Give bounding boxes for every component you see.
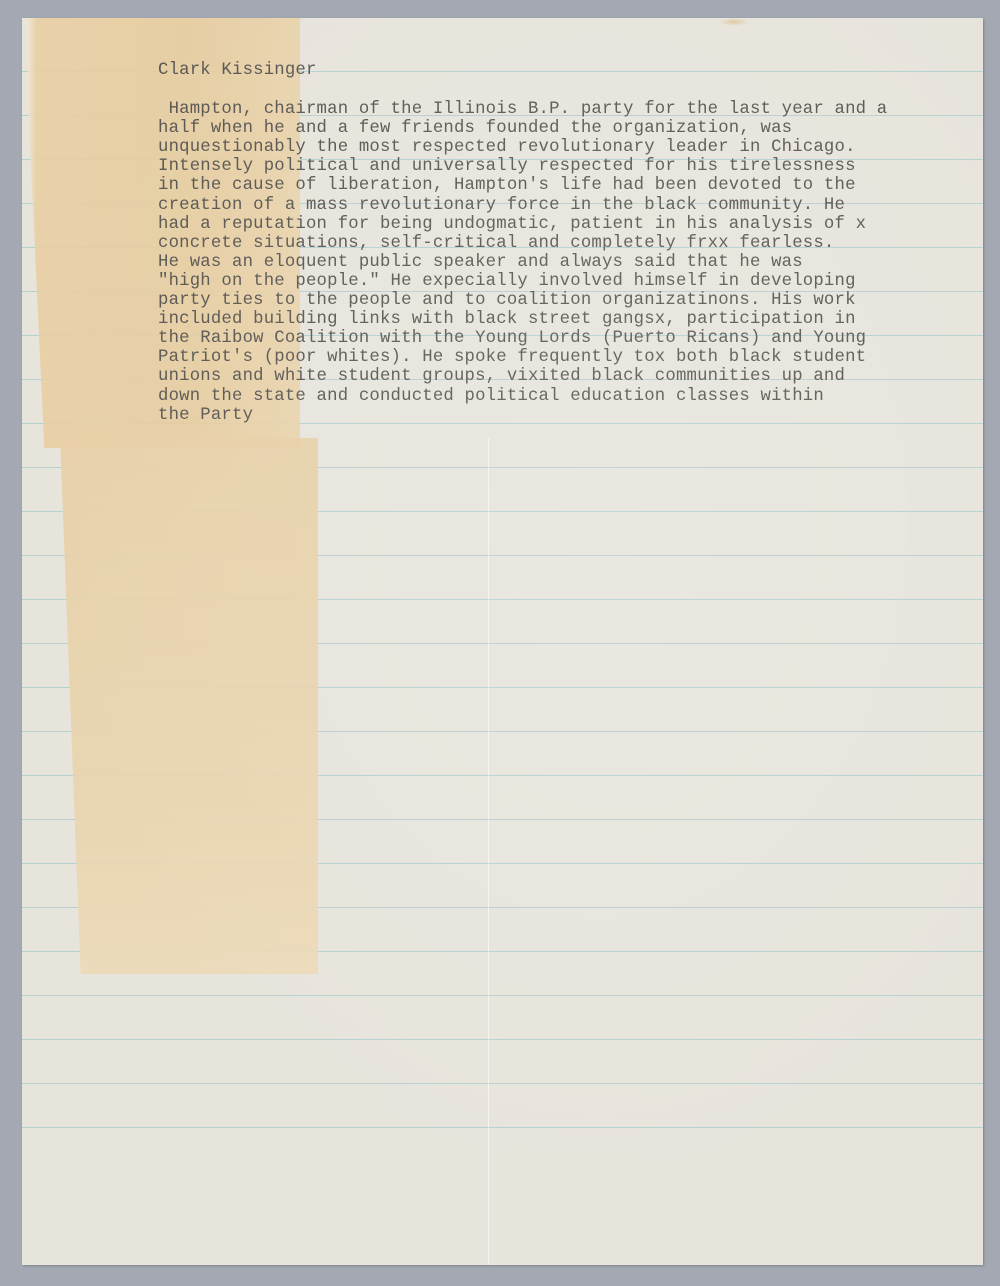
text-line: down the state and conducted political e… (158, 387, 824, 406)
text-line: creation of a mass revolutionary force i… (158, 196, 845, 215)
rule-line (22, 1127, 983, 1128)
text-line: Hampton, chairman of the Illinois B.P. p… (158, 100, 887, 119)
typed-text: Clark Kissinger Hampton, chairman of the… (158, 18, 200, 113)
text-line: "high on the people." He expecially invo… (158, 272, 856, 291)
text-line: Intensely political and universally resp… (158, 157, 856, 176)
author-name: Clark Kissinger (158, 61, 317, 80)
text-line: in the cause of liberation, Hampton's li… (158, 176, 856, 195)
text-line: unquestionably the most respected revolu… (158, 138, 856, 157)
text-line: had a reputation for being undogmatic, p… (158, 215, 866, 234)
text-line: the Raibow Coalition with the Young Lord… (158, 329, 866, 348)
tape-residue-stain-lower (60, 438, 318, 974)
text-line: unions and white student groups, vixited… (158, 367, 845, 386)
text-line: Patriot's (poor whites). He spoke freque… (158, 348, 866, 367)
paper-crease (488, 438, 489, 1265)
text-line: included building links with black stree… (158, 310, 856, 329)
text-line: the Party (158, 406, 253, 425)
top-edge-stain (719, 18, 749, 26)
text-line: He was an eloquent public speaker and al… (158, 253, 803, 272)
text-line: half when he and a few friends founded t… (158, 119, 792, 138)
text-line: concrete situations, self-critical and c… (158, 234, 835, 253)
rule-line (22, 1083, 983, 1084)
typewritten-page: Clark Kissinger Hampton, chairman of the… (22, 18, 983, 1265)
rule-line (22, 995, 983, 996)
rule-line (22, 1039, 983, 1040)
text-line: party ties to the people and to coalitio… (158, 291, 856, 310)
